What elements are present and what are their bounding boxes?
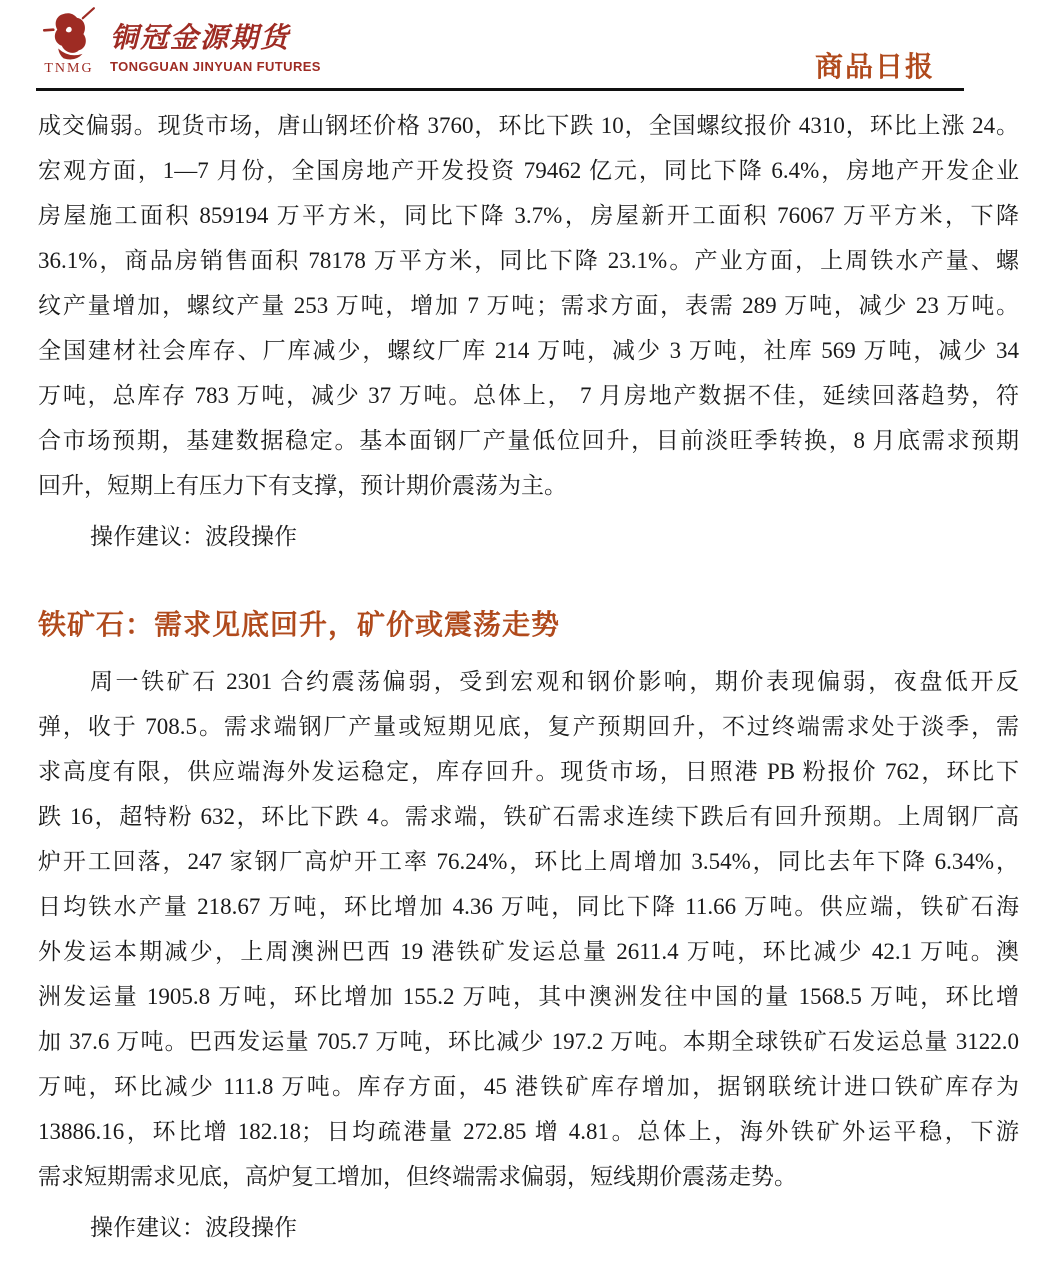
bull-head-icon	[38, 6, 100, 64]
company-logo: TNMG 铜冠金源期货 TONGGUAN JINYUAN FUTURES	[38, 6, 321, 77]
body-text-line: 求高度有限，供应端海外发运稳定，库存回升。现货市场，日照港 PB 粉报价 762…	[38, 749, 1019, 794]
body-text-line: 洲发运量 1905.8 万吨，环比增加 155.2 万吨，其中澳洲发往中国的量 …	[38, 974, 1019, 1019]
iron-ore-section: 铁矿石：需求见底回升，矿价或震荡走势 周一铁矿石 2301 合约震荡偏弱，受到宏…	[38, 603, 1019, 1250]
steel-paragraph: 成交偏弱。现货市场，唐山钢坯价格 3760，环比下跌 10，全国螺纹报价 431…	[38, 103, 1019, 508]
company-name-cn: 铜冠金源期货	[110, 16, 321, 56]
body-text-line: 炉开工回落，247 家钢厂高炉开工率 76.24%，环比上周增加 3.54%，同…	[38, 839, 1019, 884]
body-text-line: 需求短期需求见底，高炉复工增加，但终端需求偏弱，短线期价震荡走势。	[38, 1154, 1019, 1199]
body-text-line: 万吨，环比减少 111.8 万吨。库存方面，45 港铁矿库存增加，据钢联统计进口…	[38, 1064, 1019, 1109]
logo-abbr: TNMG	[38, 61, 100, 77]
body-text-line: 万吨，总库存 783 万吨，减少 37 万吨。总体上， 7 月房地产数据不佳，延…	[38, 373, 1019, 418]
body-text-line: 全国建材社会库存、厂库减少，螺纹厂库 214 万吨，减少 3 万吨，社库 569…	[38, 328, 1019, 373]
page-header: TNMG 铜冠金源期货 TONGGUAN JINYUAN FUTURES 商品日…	[0, 0, 1057, 88]
body-text-line: 外发运本期减少，上周澳洲巴西 19 港铁矿发运总量 2611.4 万吨，环比减少…	[38, 929, 1019, 974]
body-text-line: 36.1%，商品房销售面积 78178 万平方米，同比下降 23.1%。产业方面…	[38, 238, 1019, 283]
body-text-line: 加 37.6 万吨。巴西发运量 705.7 万吨，环比减少 197.2 万吨。本…	[38, 1019, 1019, 1064]
logo-names: 铜冠金源期货 TONGGUAN JINYUAN FUTURES	[110, 6, 321, 74]
section-heading: 铁矿石：需求见底回升，矿价或震荡走势	[38, 603, 1019, 647]
logo-mark: TNMG	[38, 6, 100, 77]
advice-line: 操作建议：波段操作	[38, 1205, 1019, 1250]
report-title: 商品日报	[815, 45, 935, 85]
body-text-line: 日均铁水产量 218.67 万吨，环比增加 4.36 万吨，同比下降 11.66…	[38, 884, 1019, 929]
header-divider	[36, 88, 964, 91]
body-text-line: 成交偏弱。现货市场，唐山钢坯价格 3760，环比下跌 10，全国螺纹报价 431…	[38, 103, 1019, 148]
company-name-en: TONGGUAN JINYUAN FUTURES	[110, 59, 321, 74]
body-text-line: 宏观方面，1—7 月份，全国房地产开发投资 79462 亿元，同比下降 6.4%…	[38, 148, 1019, 193]
body-text-line: 合市场预期，基建数据稳定。基本面钢厂产量低位回升，目前淡旺季转换，8 月底需求预…	[38, 418, 1019, 463]
steel-section: 成交偏弱。现货市场，唐山钢坯价格 3760，环比下跌 10，全国螺纹报价 431…	[38, 103, 1019, 559]
report-body: 成交偏弱。现货市场，唐山钢坯价格 3760，环比下跌 10，全国螺纹报价 431…	[0, 103, 1057, 1250]
body-text-line: 13886.16，环比增 182.18；日均疏港量 272.85 增 4.81。…	[38, 1109, 1019, 1154]
report-page: TNMG 铜冠金源期货 TONGGUAN JINYUAN FUTURES 商品日…	[0, 0, 1057, 1280]
body-text-line: 回升，短期上有压力下有支撑，预计期价震荡为主。	[38, 463, 1019, 508]
body-text-line: 房屋施工面积 859194 万平方米，同比下降 3.7%，房屋新开工面积 760…	[38, 193, 1019, 238]
advice-line: 操作建议：波段操作	[38, 514, 1019, 559]
body-text-line: 跌 16，超特粉 632，环比下跌 4。需求端，铁矿石需求连续下跌后有回升预期。…	[38, 794, 1019, 839]
body-text-line: 纹产量增加，螺纹产量 253 万吨，增加 7 万吨；需求方面，表需 289 万吨…	[38, 283, 1019, 328]
iron-ore-paragraph: 周一铁矿石 2301 合约震荡偏弱，受到宏观和钢价影响，期价表现偏弱，夜盘低开反…	[38, 659, 1019, 1199]
body-text-line: 周一铁矿石 2301 合约震荡偏弱，受到宏观和钢价影响，期价表现偏弱，夜盘低开反	[38, 659, 1019, 704]
body-text-line: 弹，收于 708.5。需求端钢厂产量或短期见底，复产预期回升，不过终端需求处于淡…	[38, 704, 1019, 749]
